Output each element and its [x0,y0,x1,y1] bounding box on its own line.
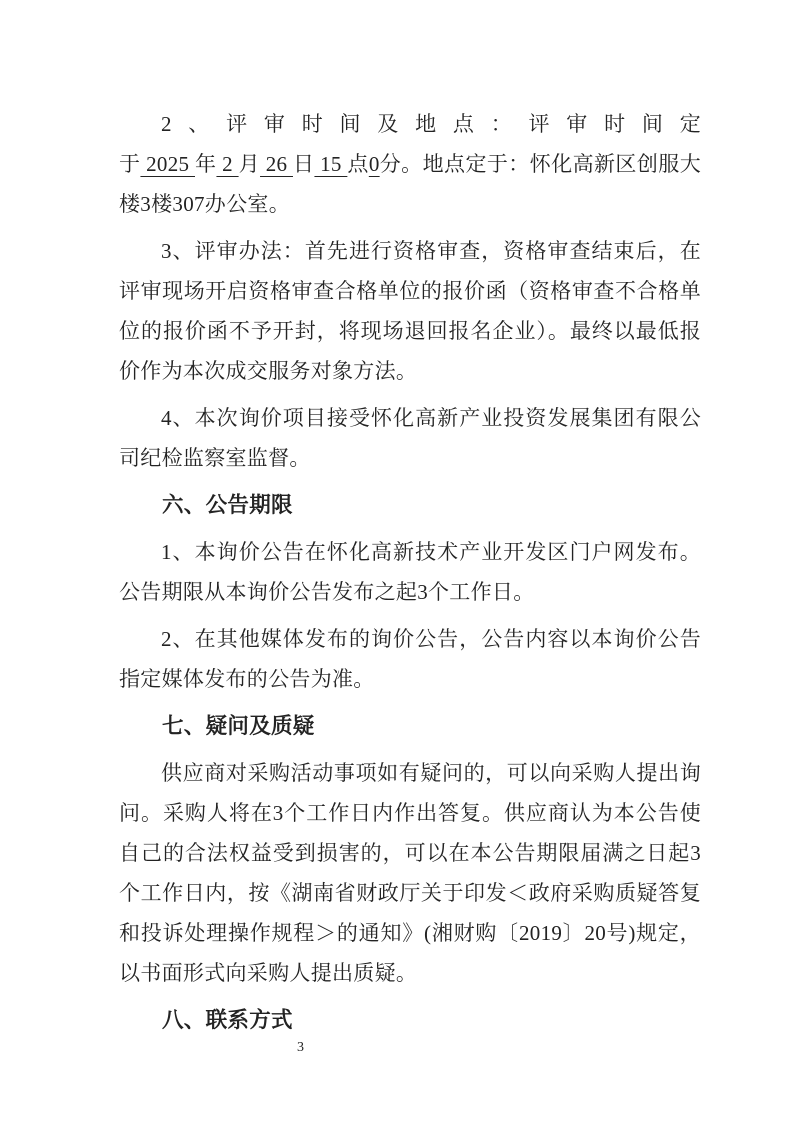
paragraph-announcement-period-2: 2、在其他媒体发布的询价公告，公告内容以本询价公告指定媒体发布的公告为准。 [119,619,701,699]
text-run: 年 [195,152,216,176]
paragraph-review-method: 3、评审办法：首先进行资格审查，资格审查结束后，在评审现场开启资格审查合格单位的… [119,231,701,391]
underlined-fill-in-value: 0 [369,152,380,176]
page-number: 3 [297,1038,304,1058]
heading-questions-and-challenges: 七、疑问及质疑 [119,706,701,746]
heading-contact-information: 八、联系方式 [119,1000,701,1040]
document-content: 2、评审时间及地点：评审时间定于 2025 年 2 月 26 日 15 点0分。… [119,104,701,1040]
paragraph-review-time-location: 2、评审时间及地点：评审时间定于 2025 年 2 月 26 日 15 点0分。… [119,104,701,224]
heading-announcement-period: 六、公告期限 [119,485,701,525]
underlined-fill-in-value: 2 [216,152,238,176]
paragraph-discipline-supervision: 4、本次询价项目接受怀化高新产业投资发展集团有限公司纪检监察室监督。 [119,398,701,478]
underlined-fill-in-value: 2025 [140,152,195,176]
text-run: 点 [347,152,368,176]
paragraph-announcement-period-1: 1、本询价公告在怀化高新技术产业开发区门户网发布。公告期限从本询价公告发布之起3… [119,532,701,612]
text-run: 月 [239,152,260,176]
document-page: 2、评审时间及地点：评审时间定于 2025 年 2 月 26 日 15 点0分。… [0,0,793,1122]
text-run: 日 [293,152,314,176]
underlined-fill-in-value: 15 [314,152,347,176]
paragraph-questions-and-challenges: 供应商对采购活动事项如有疑问的，可以向采购人提出询问。采购人将在3个工作日内作出… [119,753,701,993]
underlined-fill-in-value: 26 [260,152,293,176]
